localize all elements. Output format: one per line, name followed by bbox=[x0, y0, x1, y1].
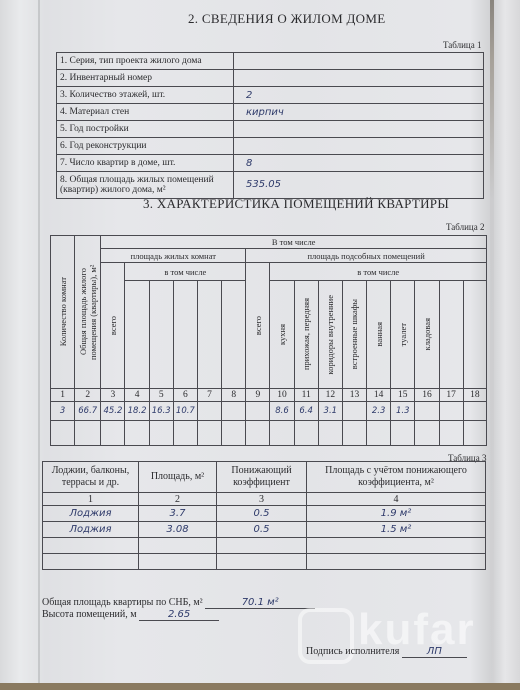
row-value bbox=[234, 121, 484, 138]
cell: 0.5 bbox=[217, 522, 307, 538]
column-number: 10 bbox=[270, 389, 294, 402]
cell bbox=[415, 421, 439, 446]
cell bbox=[197, 402, 221, 421]
total-area-line: Общая площадь квартиры по СНБ, м² 70.1 м… bbox=[42, 597, 315, 609]
row-label: 1. Серия, тип проекта жилого дома bbox=[57, 53, 234, 70]
column-number: 3 bbox=[217, 493, 307, 506]
column-number: 13 bbox=[342, 389, 366, 402]
header-room bbox=[149, 281, 173, 389]
column-number: 7 bbox=[197, 389, 221, 402]
column-number: 1 bbox=[51, 389, 75, 402]
cell bbox=[217, 554, 307, 570]
column-number: 4 bbox=[125, 389, 149, 402]
row-label: 8. Общая площадь жилых помещений (кварти… bbox=[57, 172, 234, 199]
cell: 3.08 bbox=[139, 522, 217, 538]
header-blank bbox=[439, 281, 463, 389]
cell bbox=[43, 538, 139, 554]
cell bbox=[43, 554, 139, 570]
table-row: 2. Инвентарный номер bbox=[57, 70, 484, 87]
cell: 16.3 bbox=[149, 402, 173, 421]
column-number: 1 bbox=[43, 493, 139, 506]
header-area: Площадь, м² bbox=[139, 462, 217, 493]
column-number: 9 bbox=[246, 389, 270, 402]
cell: Лоджия bbox=[43, 506, 139, 522]
column-number: 14 bbox=[367, 389, 391, 402]
header-living-total: всего bbox=[101, 263, 125, 389]
header-bathroom: ванная bbox=[367, 281, 391, 389]
row-value bbox=[234, 53, 484, 70]
cell bbox=[101, 421, 125, 446]
cell bbox=[75, 421, 101, 446]
signature-value: ЛП bbox=[402, 646, 467, 658]
cell bbox=[342, 421, 366, 446]
header-row: Лоджии, балконы, террасы и др. Площадь, … bbox=[43, 462, 486, 493]
row-label: 5. Год постройки bbox=[57, 121, 234, 138]
row-value: 8 bbox=[234, 155, 484, 172]
signature-line: Подпись исполнителя ЛП bbox=[306, 646, 467, 658]
cell: 1.9 м² bbox=[307, 506, 486, 522]
cell: 3.1 bbox=[318, 402, 342, 421]
table-surface bbox=[0, 683, 520, 690]
house-info-table: 1. Серия, тип проекта жилого дома 2. Инв… bbox=[56, 52, 484, 199]
cell bbox=[463, 402, 486, 421]
cell bbox=[307, 538, 486, 554]
header-loggias: Лоджии, балконы, террасы и др. bbox=[43, 462, 139, 493]
height-value: 2.65 bbox=[139, 609, 219, 621]
cell bbox=[217, 538, 307, 554]
row-value bbox=[234, 70, 484, 87]
cell bbox=[246, 402, 270, 421]
paper-fold bbox=[38, 0, 40, 690]
cell bbox=[367, 421, 391, 446]
cell bbox=[173, 421, 197, 446]
cell bbox=[222, 421, 246, 446]
cell bbox=[149, 421, 173, 446]
table-row: Лоджия 3.7 0.5 1.9 м² bbox=[43, 506, 486, 522]
column-number: 12 bbox=[318, 389, 342, 402]
header-in-total: В том числе bbox=[101, 236, 487, 249]
table-row: 366.745.218.216.310.78.66.43.12.31.3 bbox=[51, 402, 487, 421]
column-number: 16 bbox=[415, 389, 439, 402]
total-area-label: Общая площадь квартиры по СНБ, м² bbox=[42, 597, 203, 608]
cell bbox=[318, 421, 342, 446]
header-room bbox=[125, 281, 149, 389]
table-row: 4. Материал стенкирпич bbox=[57, 104, 484, 121]
header-blank bbox=[463, 281, 486, 389]
table-row: Лоджия 3.08 0.5 1.5 м² bbox=[43, 522, 486, 538]
section2-title: 2. СВЕДЕНИЯ О ЖИЛОМ ДОМЕ bbox=[188, 11, 385, 27]
cell: 10.7 bbox=[173, 402, 197, 421]
cell bbox=[439, 402, 463, 421]
table-row: 8. Общая площадь жилых помещений (кварти… bbox=[57, 172, 484, 199]
header-room bbox=[222, 281, 246, 389]
header-storage: кладовая bbox=[415, 281, 439, 389]
row-value: 535.05 bbox=[234, 172, 484, 199]
row-label: 3. Количество этажей, шт. bbox=[57, 87, 234, 104]
cell bbox=[125, 421, 149, 446]
cell bbox=[197, 421, 221, 446]
cell bbox=[294, 421, 318, 446]
table-row: 1. Серия, тип проекта жилого дома bbox=[57, 53, 484, 70]
column-number: 8 bbox=[222, 389, 246, 402]
table-row: 5. Год постройки bbox=[57, 121, 484, 138]
row-value: 2 bbox=[234, 87, 484, 104]
cell: 3 bbox=[51, 402, 75, 421]
table-row bbox=[51, 421, 487, 446]
cell bbox=[439, 421, 463, 446]
header-aux-including: в том числе bbox=[270, 263, 487, 281]
header-adjusted-area: Площадь с учётом понижающего коэффициент… bbox=[307, 462, 486, 493]
cell: 45.2 bbox=[101, 402, 125, 421]
column-number: 3 bbox=[101, 389, 125, 402]
column-number-row: 123456789101112131415161718 bbox=[51, 389, 487, 402]
row-label: 6. Год реконструкции bbox=[57, 138, 234, 155]
table2-caption: Таблица 2 bbox=[446, 222, 485, 232]
cell bbox=[415, 402, 439, 421]
height-label: Высота помещений, м bbox=[42, 609, 137, 620]
table1-caption: Таблица 1 bbox=[443, 40, 482, 50]
cell bbox=[307, 554, 486, 570]
cell bbox=[139, 554, 217, 570]
table-row: 3. Количество этажей, шт.2 bbox=[57, 87, 484, 104]
column-number: 15 bbox=[391, 389, 415, 402]
total-area-value: 70.1 м² bbox=[205, 597, 315, 609]
cell bbox=[222, 402, 246, 421]
row-value bbox=[234, 138, 484, 155]
cell bbox=[51, 421, 75, 446]
header-kitchen: кухня bbox=[270, 281, 294, 389]
row-label: 2. Инвентарный номер bbox=[57, 70, 234, 87]
column-number-row: 1 2 3 4 bbox=[43, 493, 486, 506]
section3-title: 3. ХАРАКТЕРИСТИКА ПОМЕЩЕНИЙ КВАРТИРЫ bbox=[143, 196, 449, 212]
header-room bbox=[173, 281, 197, 389]
header-room bbox=[197, 281, 221, 389]
header-aux-total: всего bbox=[246, 263, 270, 389]
cell: 1.5 м² bbox=[307, 522, 486, 538]
cell: 18.2 bbox=[125, 402, 149, 421]
cell: 66.7 bbox=[75, 402, 101, 421]
loggias-table: Лоджии, балконы, террасы и др. Площадь, … bbox=[42, 461, 486, 570]
header-aux-area: площадь подсобных помещений bbox=[246, 249, 487, 263]
cell bbox=[463, 421, 486, 446]
cell: 1.3 bbox=[391, 402, 415, 421]
cell bbox=[391, 421, 415, 446]
header-rooms-count: Количество комнат bbox=[51, 236, 75, 389]
row-value: кирпич bbox=[234, 104, 484, 121]
apartment-rooms-table: Количество комнат Общая площадь жилого п… bbox=[50, 235, 487, 446]
cell: 6.4 bbox=[294, 402, 318, 421]
table-row bbox=[43, 554, 486, 570]
column-number: 6 bbox=[173, 389, 197, 402]
cell bbox=[342, 402, 366, 421]
column-number: 5 bbox=[149, 389, 173, 402]
header-living-including: в том числе bbox=[125, 263, 246, 281]
header-total-area: Общая площадь жилого помещения (квартиры… bbox=[75, 236, 101, 389]
height-line: Высота помещений, м 2.65 bbox=[42, 609, 219, 621]
table-row: 7. Число квартир в доме, шт.8 bbox=[57, 155, 484, 172]
row-label: 4. Материал стен bbox=[57, 104, 234, 121]
column-number: 11 bbox=[294, 389, 318, 402]
cell bbox=[246, 421, 270, 446]
row-label: 7. Число квартир в доме, шт. bbox=[57, 155, 234, 172]
header-corridors: коридоры внутренние bbox=[318, 281, 342, 389]
header-closets: встроенные шкафы bbox=[342, 281, 366, 389]
header-hallway: прихожая, передняя bbox=[294, 281, 318, 389]
table-row: 6. Год реконструкции bbox=[57, 138, 484, 155]
cell: 0.5 bbox=[217, 506, 307, 522]
column-number: 4 bbox=[307, 493, 486, 506]
cell: 8.6 bbox=[270, 402, 294, 421]
cell bbox=[270, 421, 294, 446]
column-number: 2 bbox=[139, 493, 217, 506]
signature-label: Подпись исполнителя bbox=[306, 646, 399, 657]
cell: 2.3 bbox=[367, 402, 391, 421]
table-row bbox=[43, 538, 486, 554]
cell: 3.7 bbox=[139, 506, 217, 522]
column-number: 17 bbox=[439, 389, 463, 402]
header-coefficient: Понижающий коэффициент bbox=[217, 462, 307, 493]
column-number: 18 bbox=[463, 389, 486, 402]
paper-edge bbox=[490, 0, 494, 690]
header-living-area: площадь жилых комнат bbox=[101, 249, 246, 263]
header-toilet: туалет bbox=[391, 281, 415, 389]
column-number: 2 bbox=[75, 389, 101, 402]
cell bbox=[139, 538, 217, 554]
cell: Лоджия bbox=[43, 522, 139, 538]
